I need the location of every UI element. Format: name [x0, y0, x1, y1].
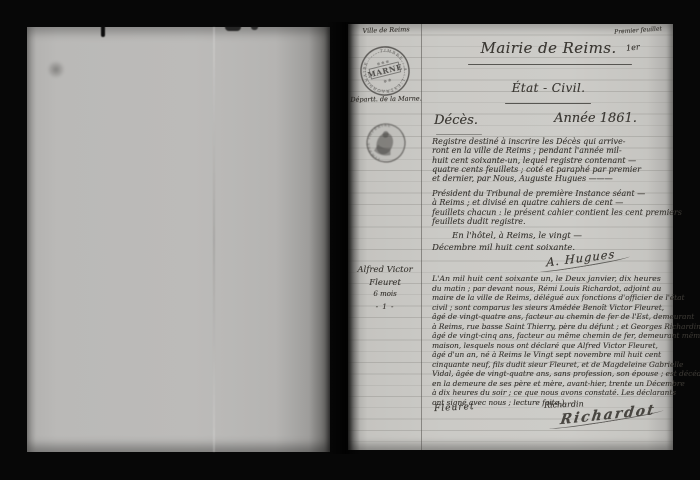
register-scan-photo: Ville de Reims TIMBRE · A · L'EXTRAORDIN…: [0, 0, 700, 480]
ville-annotation: Ville de Reims: [348, 25, 424, 36]
dateline-line1: En l'hôtel, à Reims, le vingt —: [452, 231, 582, 241]
handwritten-line: Fleuret: [348, 278, 422, 291]
feuillet-corner-note: Premier feuillet: [604, 25, 672, 37]
handwritten-line: huit cent soixante-un, lequel registre c…: [432, 156, 672, 165]
subtitle-underline: [505, 103, 591, 104]
acts-type-heading: Décès.: [434, 113, 478, 128]
handwritten-line: Alfred Victor: [348, 265, 422, 278]
register-title-page: Ville de Reims TIMBRE · A · L'EXTRAORDIN…: [348, 24, 673, 450]
handwritten-line: du matin ; par devant nous, Rémi Louis R…: [432, 284, 672, 294]
handwritten-line: civil ; sont comparus les sieurs Amédée …: [432, 303, 672, 313]
handwritten-line: maire de la ville de Reims, délégué aux …: [432, 293, 672, 303]
imperial-seal-stamp: TIMBRE IMPÉRIAL: [358, 115, 413, 170]
handwritten-line: âgé d'un an, né à Reims le Vingt sept no…: [432, 350, 672, 360]
year-heading: Année 1861.: [554, 111, 670, 126]
edge-mark: [225, 26, 241, 31]
signature-declarant-2: Richardin: [544, 399, 584, 409]
handwritten-line: ront en la ville de Reims ; pendant l'an…: [432, 146, 672, 155]
ink-smudge: [47, 61, 65, 78]
edge-mark: [251, 26, 258, 30]
tribunal-paragraph: Président du Tribunal de première Instan…: [432, 189, 672, 226]
handwritten-line: maison, lesquels nous ont déclaré que Al…: [432, 341, 672, 351]
dateline-line2: Décembre mil huit cent soixante.: [432, 243, 575, 253]
edge-mark: [101, 26, 105, 37]
register-preamble-paragraph: Registre destiné à inscrire les Décès qu…: [432, 137, 672, 183]
handwritten-line: feuillets chacun : le présent cahier con…: [432, 208, 672, 217]
handwritten-line: 6 mois: [348, 290, 422, 303]
handwritten-line: en la demeure de ses père et mère, avant…: [432, 379, 672, 389]
handwritten-line: à dix heures du soir ; ce que nous avons…: [432, 388, 672, 398]
departement-annotation: Départt. de la Marne.: [348, 94, 424, 103]
page-subtitle: État - Civil.: [424, 81, 673, 95]
handwritten-line: à Reims ; et divisé en quatre cahiers de…: [432, 198, 672, 207]
handwritten-line: Vidal, âgée de vingt-quatre ans, sans pr…: [432, 369, 672, 379]
margin-rule-line: [421, 24, 422, 450]
act-margin-note: Alfred VictorFleuret6 mois- 1 -: [348, 265, 422, 315]
handwritten-line: - 1 -: [348, 303, 422, 316]
title-underline: [468, 64, 632, 65]
handwritten-line: âgé de vingt-cinq ans, facteur au même c…: [432, 331, 672, 341]
handwritten-line: cinquante neuf, fils dudit sieur Fleuret…: [432, 360, 672, 370]
page-title: Mairie de Reims.: [424, 39, 673, 57]
handwritten-line: quatre cents feuillets ; coté et paraphé…: [432, 165, 672, 174]
handwritten-line: Registre destiné à inscrire les Décès qu…: [432, 137, 672, 146]
handwritten-line: L'An mil huit cent soixante un, le Deux …: [432, 274, 672, 284]
signature-declarant-1: Fleuret: [434, 402, 475, 414]
handwritten-line: feuillets dudit registre.: [432, 217, 672, 226]
acts-type-underline: [436, 134, 482, 135]
handwritten-line: et dernier, par Nous, Auguste Hugues ———: [432, 174, 672, 183]
handwritten-line: à Reims, rue basse Saint Thierry, père d…: [432, 322, 672, 332]
death-act-text: L'An mil huit cent soixante un, le Deux …: [432, 274, 672, 407]
paper-crease: [213, 27, 215, 452]
left-blank-page: [27, 27, 330, 452]
marne-revenue-stamp: TIMBRE · A · L'EXTRAORDINAIRE · ✼ ✼ ✼ MA…: [353, 39, 416, 102]
handwritten-line: Président du Tribunal de première Instan…: [432, 189, 672, 198]
handwritten-line: âgé de vingt-quatre ans, facteur au chem…: [432, 312, 672, 322]
